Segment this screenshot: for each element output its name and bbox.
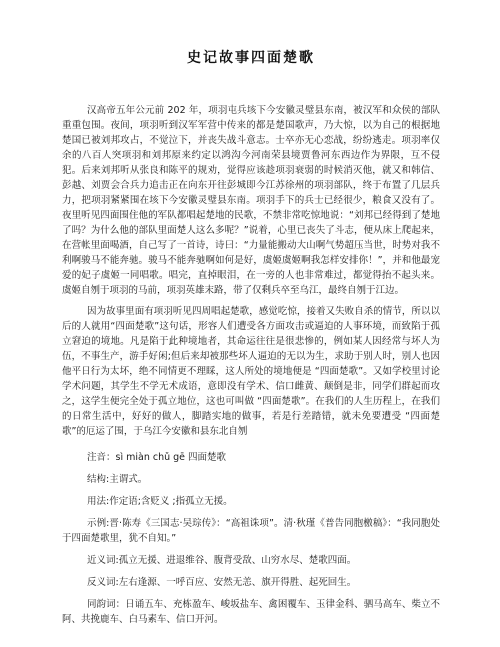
entry-shili: 示例:晋·陈寿《三国志·吴琮传》：“高祖诛项”。清·秋瑾《普告同胞檄稿》：“我同… (62, 516, 440, 546)
entry-jiegou: 结构:主谓式。 (62, 472, 440, 487)
story-paragraph-1: 汉高帝五年公元前 202 年，项羽屯兵垓下今安徽灵璧县东南，被汉军和众侯的部队重… (62, 103, 440, 298)
entry-zhuyin: 注音：sì miàn chǔ gē 四面楚歌 (62, 450, 440, 465)
document-page: 史记故事四面楚歌 汉高帝五年公元前 202 年，项羽屯兵垓下今安徽灵璧县东南，被… (0, 0, 500, 647)
entry-fanyici: 反义词:左右逢源、一呼百应、安然无恙、旗开得胜、起死回生。 (62, 575, 440, 590)
story-paragraph-2: 因为故事里面有项羽听见四周唱起楚歌，感觉吃惊，接着又失败自杀的情节，所以以后的人… (62, 304, 440, 439)
page-title: 史记故事四面楚歌 (62, 50, 440, 67)
entry-jinyici: 近义词:孤立无援、进退维谷、腹背受敌、山穷水尽、楚歌四面。 (62, 553, 440, 568)
entry-yongfa: 用法:作定语;含贬义 ;指孤立无援。 (62, 494, 440, 509)
entry-tongyunci: 同韵词：日诵五车、充栋盈车、峻坂盐车、禽困覆车、玉律金科、驷马高车、柴立不阿、共… (62, 597, 440, 627)
